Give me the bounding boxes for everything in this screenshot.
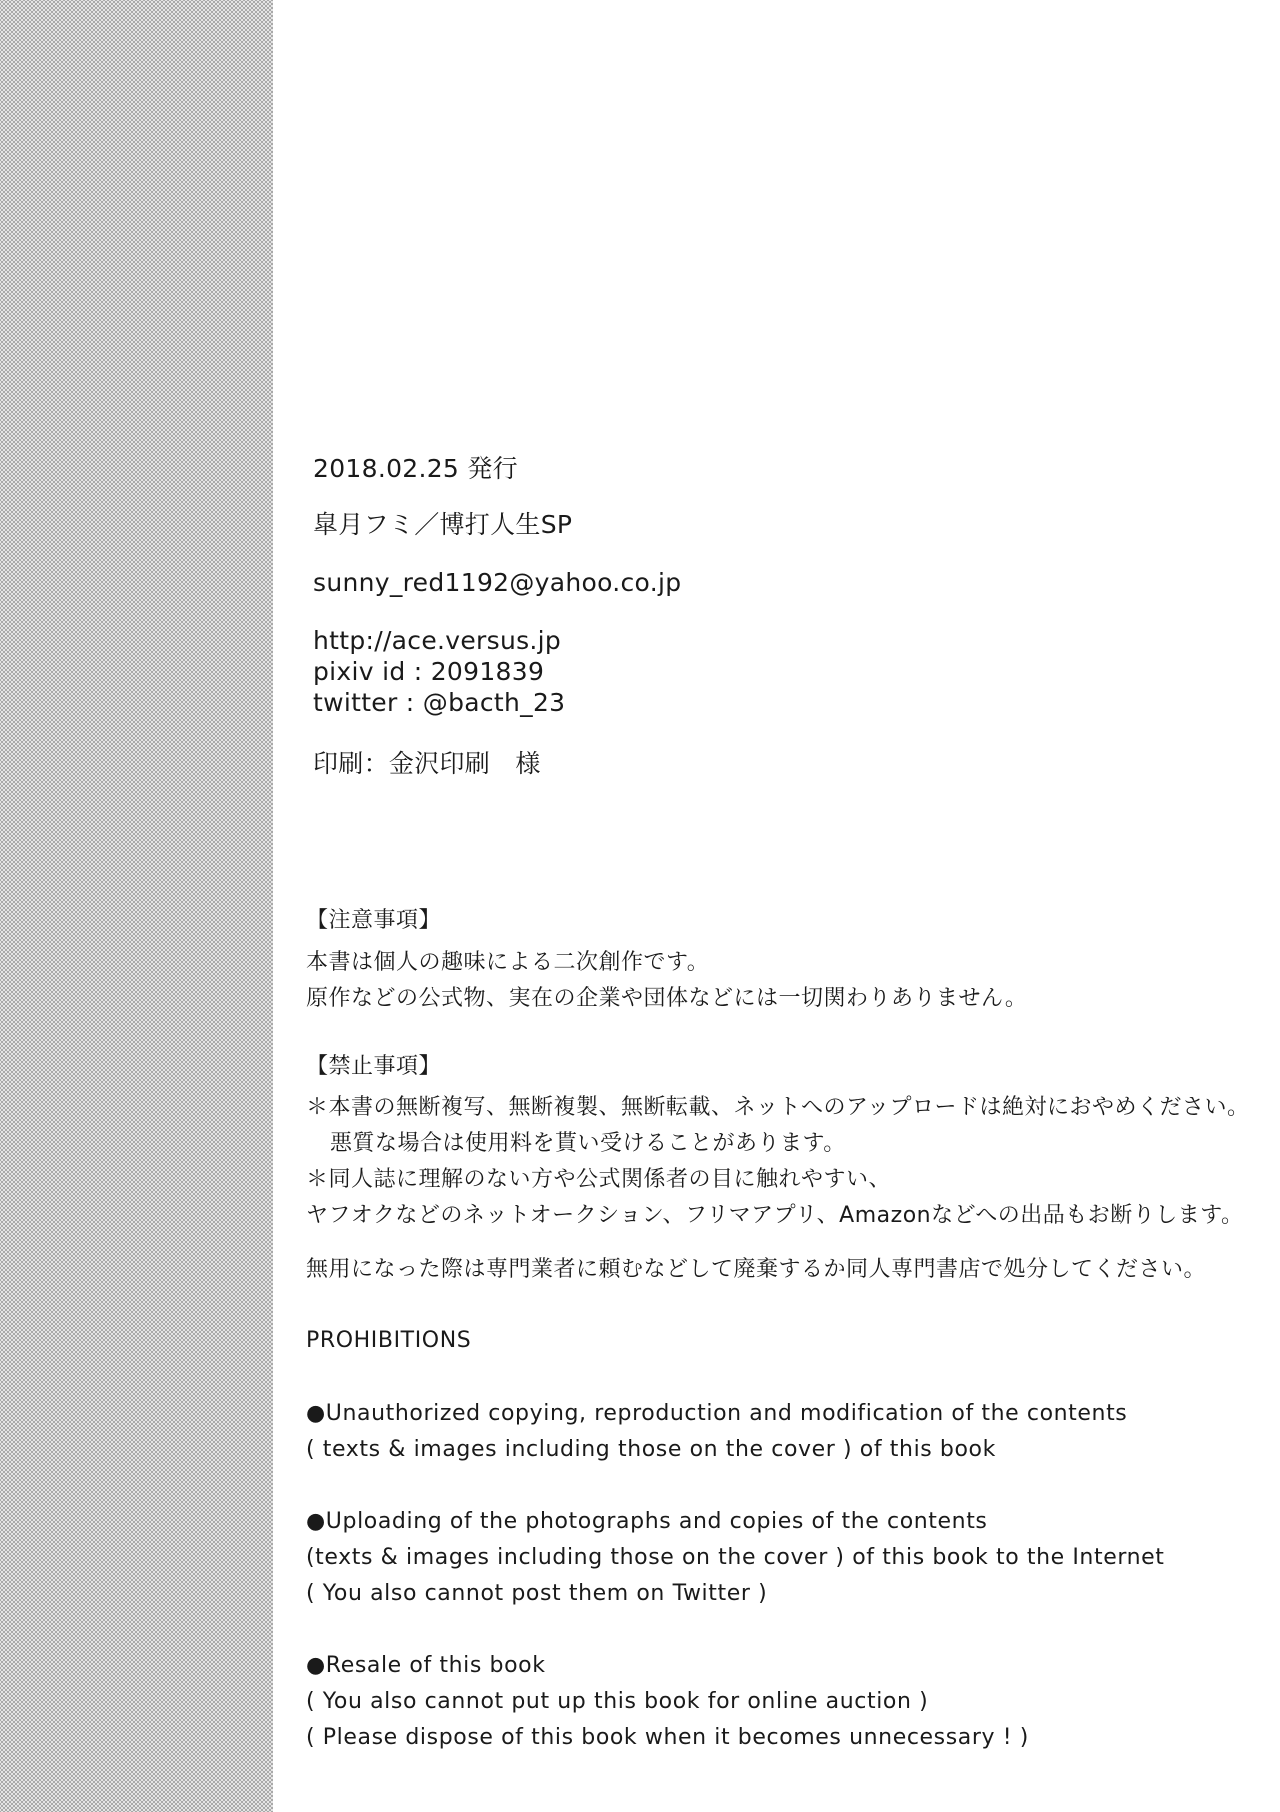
pixiv-id: pixiv id : 2091839: [313, 659, 544, 684]
prohibited-line: ヤフオクなどのネットオークション、フリマアプリ、Amazonなどへの出品もお断り…: [306, 1205, 1243, 1227]
printer: 印刷：金沢印刷 様: [313, 751, 541, 776]
notice-line: 原作などの公式物、実在の企業や団体などには一切関わりありません。: [306, 988, 1027, 1010]
prohibited-line: ＊本書の無断複写、無断複製、無断転載、ネットへのアップロードは絶対におやめくださ…: [306, 1097, 1249, 1119]
prohibition-item-line: ( texts & images including those on the …: [306, 1439, 996, 1461]
prohibition-item-title: ●Unauthorized copying, reproduction and …: [306, 1403, 1127, 1425]
prohibition-item-title: ●Uploading of the photographs and copies…: [306, 1511, 988, 1533]
prohibited-heading: 【禁止事項】: [306, 1056, 441, 1078]
halftone-margin-strip: [0, 0, 273, 1812]
prohibition-item-line: ( Please dispose of this book when it be…: [306, 1727, 1029, 1749]
email: sunny_red1192@yahoo.co.jp: [313, 570, 681, 595]
english-heading: PROHIBITIONS: [306, 1330, 471, 1352]
prohibition-item-title: ●Resale of this book: [306, 1655, 546, 1677]
prohibition-item-line: ( You also cannot put up this book for o…: [306, 1691, 928, 1713]
notice-heading: 【注意事項】: [306, 910, 441, 932]
twitter-handle: twitter : @bacth_23: [313, 690, 565, 715]
author-circle: 皐月フミ／博打人生SP: [313, 512, 572, 537]
disposal-note: 無用になった際は専門業者に頼むなどして廃棄するか同人専門書店で処分してください。: [306, 1259, 1206, 1281]
prohibition-item-line: (texts & images including those on the c…: [306, 1547, 1165, 1569]
prohibited-line: 悪質な場合は使用料を貰い受けることがあります。: [330, 1133, 846, 1155]
website: http://ace.versus.jp: [313, 628, 561, 653]
prohibited-line: ＊同人誌に理解のない方や公式関係者の目に触れやすい、: [306, 1169, 891, 1191]
notice-line: 本書は個人の趣味による二次創作です。: [306, 952, 709, 974]
prohibition-item-line: ( You also cannot post them on Twitter ): [306, 1583, 767, 1605]
issue-date: 2018.02.25 発行: [313, 456, 518, 481]
